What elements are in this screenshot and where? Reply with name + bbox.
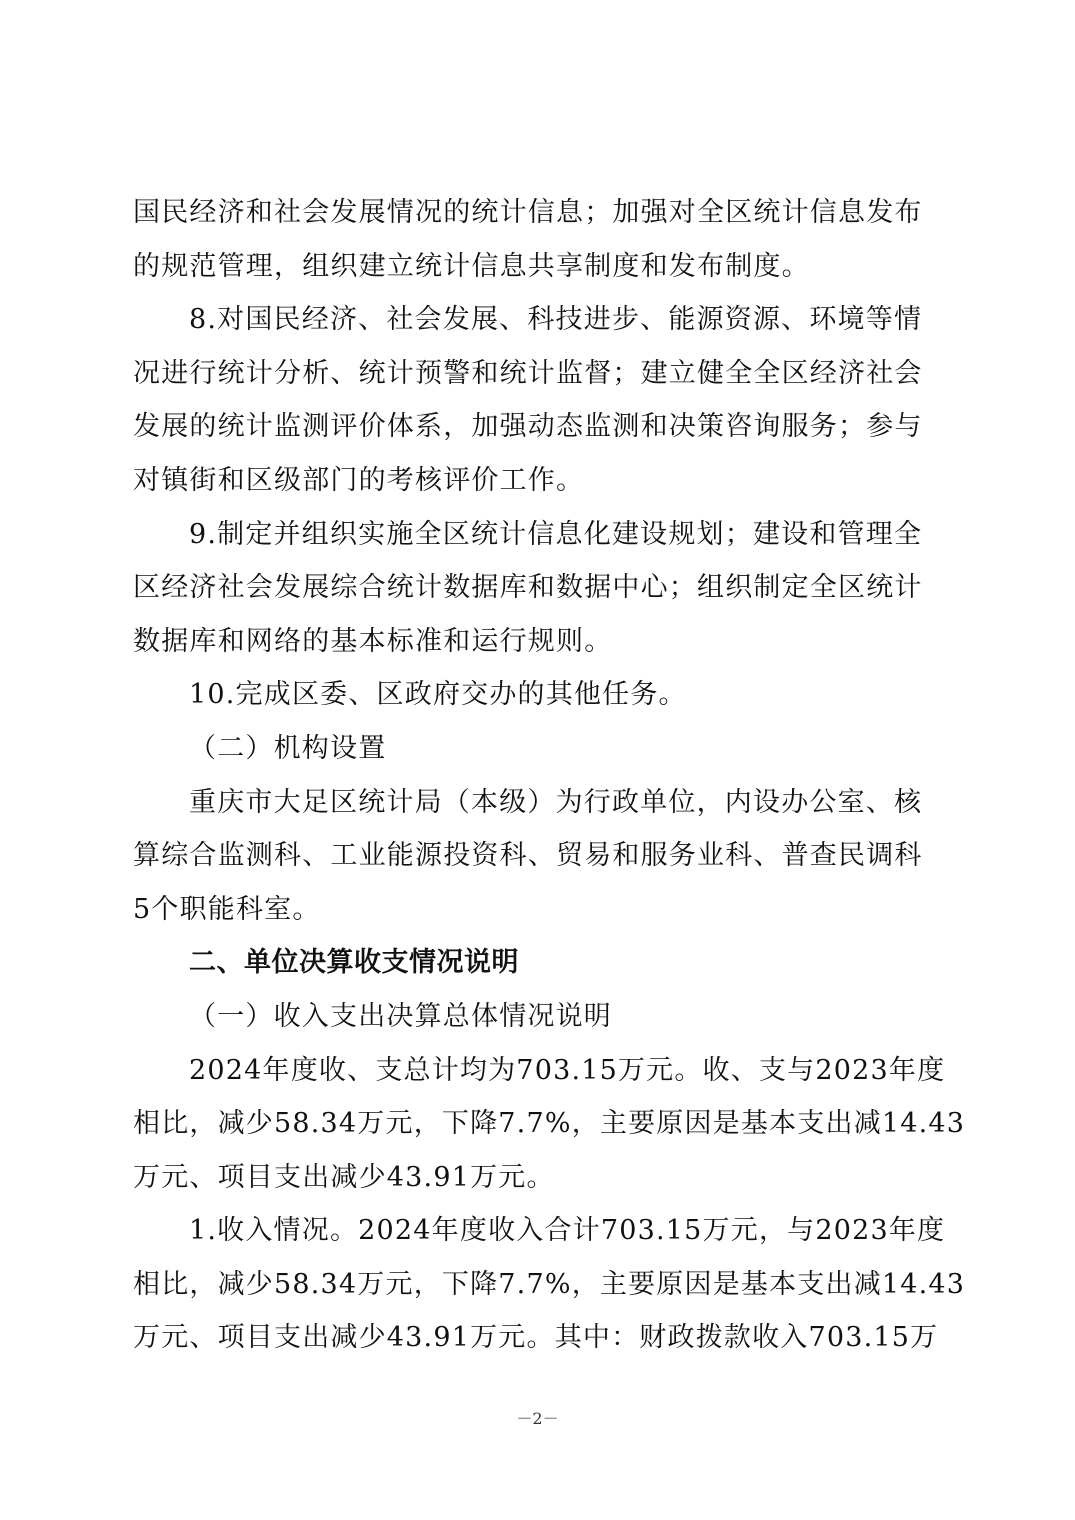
list-item-8: 8.对国民经济、社会发展、科技进步、能源资源、环境等情 xyxy=(133,293,945,347)
paragraph-line: 发展的统计监测评价体系，加强动态监测和决策咨询服务；参与 xyxy=(133,400,945,454)
paragraph-line: 2024年度收、支总计均为703.15万元。收、支与2023年度 xyxy=(133,1044,945,1098)
list-item-10: 10.完成区委、区政府交办的其他任务。 xyxy=(133,668,945,722)
paragraph-line: 的规范管理，组织建立统计信息共享制度和发布制度。 xyxy=(133,240,945,294)
paragraph-line: 区经济社会发展综合统计数据库和数据中心；组织制定全区统计 xyxy=(133,561,945,615)
list-item-9: 9.制定并组织实施全区统计信息化建设规划；建设和管理全 xyxy=(133,508,945,562)
paragraph-line: 相比，减少58.34万元，下降7.7%，主要原因是基本支出减14.43 xyxy=(133,1258,945,1312)
paragraph-line: 万元、项目支出减少43.91万元。 xyxy=(133,1151,945,1205)
subsection-heading-overview: （一）收入支出决算总体情况说明 xyxy=(133,990,945,1044)
paragraph-line: 5个职能科室。 xyxy=(133,883,945,937)
section-heading-org: （二）机构设置 xyxy=(133,722,945,776)
paragraph-line: 相比，减少58.34万元，下降7.7%，主要原因是基本支出减14.43 xyxy=(133,1097,945,1151)
paragraph-line: 重庆市大足区统计局（本级）为行政单位，内设办公室、核 xyxy=(133,776,945,830)
paragraph-line: 算综合监测科、工业能源投资科、贸易和服务业科、普查民调科 xyxy=(133,829,945,883)
income-paragraph: 1.收入情况。2024年度收入合计703.15万元，与2023年度 xyxy=(133,1204,945,1258)
paragraph-line: 国民经济和社会发展情况的统计信息；加强对全区统计信息发布 xyxy=(133,186,945,240)
paragraph-line: 万元、项目支出减少43.91万元。其中：财政拨款收入703.15万 xyxy=(133,1311,945,1365)
section-heading-budget: 二、单位决算收支情况说明 xyxy=(133,936,945,990)
paragraph-line: 数据库和网络的基本标准和运行规则。 xyxy=(133,615,945,669)
document-body: 国民经济和社会发展情况的统计信息；加强对全区统计信息发布 的规范管理，组织建立统… xyxy=(133,186,945,1365)
paragraph-line: 对镇街和区级部门的考核评价工作。 xyxy=(133,454,945,508)
paragraph-line: 况进行统计分析、统计预警和统计监督；建立健全全区经济社会 xyxy=(133,347,945,401)
page-number: －2－ xyxy=(0,1406,1075,1429)
